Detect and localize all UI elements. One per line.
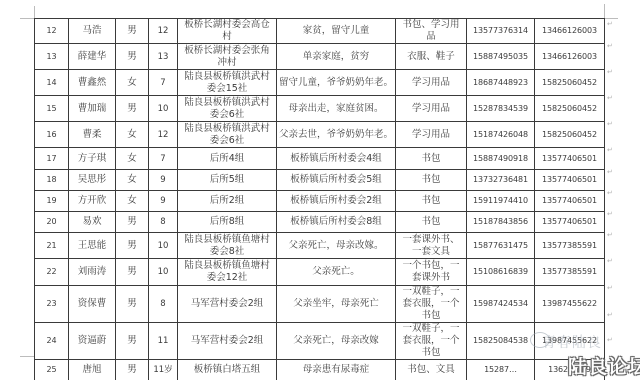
row-number-cell: 22	[35, 259, 69, 286]
reason-cell: 板桥镇后所村委会2组	[277, 191, 396, 212]
gender-cell: 男	[116, 360, 149, 380]
name-cell: 曹加瑞	[69, 96, 116, 122]
name-cell: 王思能	[69, 233, 116, 259]
row-end-mark: ↵	[607, 94, 613, 102]
row-end-mark: ↵	[607, 168, 613, 176]
gender-cell: 男	[116, 323, 149, 360]
wish-cell: 书包、学习用品	[396, 19, 467, 44]
page-corner-mark-top-left-h	[20, 18, 34, 19]
reason-cell: 父亲坐牢，母亲死亡	[277, 286, 396, 323]
age-cell: 8	[149, 212, 178, 233]
name-cell: 易欢	[69, 212, 116, 233]
table-row: 19方开欣女9后所2组板桥镇后所村委会2组书包15911974410135774…	[35, 191, 605, 212]
wish-cell: 衣服、鞋子	[396, 44, 467, 70]
reason-cell: 父亲死亡。	[277, 259, 396, 286]
reason-cell: 板桥镇后所村委会8组	[277, 212, 396, 233]
wish-cell: 学习用品	[396, 70, 467, 96]
address-cell: 后所5组	[178, 170, 277, 191]
reason-cell: 留守儿童，爷爷奶奶年老。	[277, 70, 396, 96]
phone1-cell: 18687448923	[467, 70, 535, 96]
address-cell: 后所4组	[178, 148, 277, 170]
row-number-cell: 20	[35, 212, 69, 233]
address-cell: 板桥长湖村委会张角冲村	[178, 44, 277, 70]
phone1-cell: 15287…	[467, 360, 535, 380]
wish-cell: 一双鞋子，一套衣服，一个书包	[396, 323, 467, 360]
phone1-cell: 13577376314	[467, 19, 535, 44]
name-cell: 唐旭	[69, 360, 116, 380]
table-row: 25唐旭男11岁板桥镇白塔五组母亲患有尿毒症书包、文具15287…1362…39…	[35, 360, 605, 380]
address-cell: 马军营村委会2组	[178, 286, 277, 323]
phone2-cell: 13577406501	[535, 170, 605, 191]
name-cell: 曹鑫然	[69, 70, 116, 96]
age-cell: 7	[149, 148, 178, 170]
gender-cell: 女	[116, 122, 149, 148]
wish-cell: 学习用品	[396, 96, 467, 122]
row-end-mark: ↵	[607, 120, 613, 128]
reason-cell: 板桥镇后所村委会5组	[277, 170, 396, 191]
address-cell: 马军营村委会2组	[178, 323, 277, 360]
phone2-cell: 13577406501	[535, 191, 605, 212]
phone1-cell: 13732736481	[467, 170, 535, 191]
watermark-top-text: 青春陆良	[542, 332, 602, 352]
row-end-mark: ↵	[607, 311, 613, 319]
phone2-cell: 15825060452	[535, 96, 605, 122]
reason-cell: 父亲去世，爷爷奶奶年老。	[277, 122, 396, 148]
children-info-table: 12马浩男12板桥长湖村委会高仓村家贫，留守儿童书包、学习用品135773763…	[34, 18, 605, 380]
row-number-cell: 17	[35, 148, 69, 170]
row-number-cell: 13	[35, 44, 69, 70]
row-number-cell: 21	[35, 233, 69, 259]
reason-cell: 父亲死亡，母亲改嫁。	[277, 233, 396, 259]
table-row: 18吴思彤女9后所5组板桥镇后所村委会5组书包13732736481135774…	[35, 170, 605, 191]
wish-cell: 一套课外书、一套文具	[396, 233, 467, 259]
phone2-cell: 13577385591	[535, 259, 605, 286]
phone2-cell: 15825060452	[535, 70, 605, 96]
phone2-cell: 13466126003	[535, 19, 605, 44]
address-cell: 后所2组	[178, 191, 277, 212]
gender-cell: 女	[116, 148, 149, 170]
phone1-cell: 15108616839	[467, 259, 535, 286]
address-cell: 陆良县板桥镇洪武村委会6社	[178, 96, 277, 122]
row-number-cell: 23	[35, 286, 69, 323]
age-cell: 10	[149, 259, 178, 286]
age-cell: 12	[149, 122, 178, 148]
row-number-cell: 24	[35, 323, 69, 360]
gender-cell: 男	[116, 212, 149, 233]
gender-cell: 男	[116, 286, 149, 323]
address-cell: 陆良县板桥镇洪武村委会6社	[178, 122, 277, 148]
table-row: 14曹鑫然女7陆良县板桥镇洪武村委会15社留守儿童，爷爷奶奶年老。学习用品186…	[35, 70, 605, 96]
row-number-cell: 15	[35, 96, 69, 122]
phone1-cell: 15187426048	[467, 122, 535, 148]
address-cell: 陆良县板桥镇鱼塘村委会8社	[178, 233, 277, 259]
age-cell: 13	[149, 44, 178, 70]
phone1-cell: 15987424534	[467, 286, 535, 323]
phone1-cell: 15887495035	[467, 44, 535, 70]
table-row: 21王思能男10陆良县板桥镇鱼塘村委会8社父亲死亡，母亲改嫁。一套课外书、一套文…	[35, 233, 605, 259]
table-row: 17方子琪女7后所4组板桥镇后所村委会4组书包15887490918135774…	[35, 148, 605, 170]
phone1-cell: 15187843856	[467, 212, 535, 233]
reason-cell: 板桥镇后所村委会4组	[277, 148, 396, 170]
table-row: 24资逼蔚男11马军营村委会2组父亲死亡，母亲改嫁一双鞋子，一套衣服，一个书包1…	[35, 323, 605, 360]
phone1-cell: 15825084538	[467, 323, 535, 360]
phone1-cell: 15877631475	[467, 233, 535, 259]
age-cell: 10	[149, 233, 178, 259]
page-corner-mark-top-right	[604, 4, 605, 18]
phone1-cell: 15911974410	[467, 191, 535, 212]
table-row: 22刘雨涛男10陆良县板桥镇鱼塘村委会12社父亲死亡。一个书包，一套课外书151…	[35, 259, 605, 286]
name-cell: 薛建华	[69, 44, 116, 70]
address-cell: 板桥镇白塔五组	[178, 360, 277, 380]
age-cell: 11	[149, 323, 178, 360]
phone2-cell: 13577406501	[535, 148, 605, 170]
gender-cell: 女	[116, 70, 149, 96]
row-end-mark: ↵	[607, 20, 613, 28]
table-row: 16曹柔女12陆良县板桥镇洪武村委会6社父亲去世，爷爷奶奶年老。学习用品1518…	[35, 122, 605, 148]
gender-cell: 男	[116, 19, 149, 44]
row-end-mark: ↵	[607, 284, 613, 292]
name-cell: 资逼蔚	[69, 323, 116, 360]
watermark: 青春陆良 陆良论坛	[542, 332, 640, 380]
address-cell: 陆良县板桥镇鱼塘村委会12社	[178, 259, 277, 286]
wish-cell: 学习用品	[396, 122, 467, 148]
watermark-bottom-text: 陆良论坛	[568, 352, 640, 379]
row-number-cell: 18	[35, 170, 69, 191]
row-end-mark: ↵	[607, 210, 613, 218]
gender-cell: 男	[116, 96, 149, 122]
gender-cell: 男	[116, 259, 149, 286]
gender-cell: 女	[116, 170, 149, 191]
row-end-mark: ↵	[607, 146, 613, 154]
phone2-cell: 13466126003	[535, 44, 605, 70]
name-cell: 方子琪	[69, 148, 116, 170]
reason-cell: 母亲出走，家庭贫困。	[277, 96, 396, 122]
reason-cell: 单亲家庭，贫穷	[277, 44, 396, 70]
wish-cell: 一双鞋子，一套衣服，一个书包	[396, 286, 467, 323]
table-row: 20易欢男8后所8组板桥镇后所村委会8组书包151878438561357740…	[35, 212, 605, 233]
address-cell: 板桥长湖村委会高仓村	[178, 19, 277, 44]
phone1-cell: 15887490918	[467, 148, 535, 170]
age-cell: 9	[149, 170, 178, 191]
page-corner-mark-bottom-left-h	[20, 356, 34, 357]
gender-cell: 女	[116, 191, 149, 212]
address-cell: 后所8组	[178, 212, 277, 233]
row-number-cell: 12	[35, 19, 69, 44]
row-number-cell: 19	[35, 191, 69, 212]
name-cell: 方开欣	[69, 191, 116, 212]
reason-cell: 家贫，留守儿童	[277, 19, 396, 44]
row-number-cell: 14	[35, 70, 69, 96]
table-row: 15曹加瑞男10陆良县板桥镇洪武村委会6社母亲出走，家庭贫困。学习用品15287…	[35, 96, 605, 122]
wish-cell: 书包	[396, 170, 467, 191]
name-cell: 刘雨涛	[69, 259, 116, 286]
page-corner-mark-top-left	[34, 6, 35, 18]
age-cell: 11岁	[149, 360, 178, 380]
gender-cell: 男	[116, 44, 149, 70]
address-cell: 陆良县板桥镇洪武村委会15社	[178, 70, 277, 96]
name-cell: 曹柔	[69, 122, 116, 148]
row-end-mark: ↵	[607, 68, 613, 76]
row-end-mark: ↵	[607, 231, 613, 239]
wish-cell: 书包、文具	[396, 360, 467, 380]
age-cell: 9	[149, 191, 178, 212]
name-cell: 马浩	[69, 19, 116, 44]
row-number-cell: 16	[35, 122, 69, 148]
reason-cell: 母亲患有尿毒症	[277, 360, 396, 380]
table-row: 13薛建华男13板桥长湖村委会张角冲村单亲家庭，贫穷衣服、鞋子158874950…	[35, 44, 605, 70]
phone2-cell: 15825060452	[535, 122, 605, 148]
name-cell: 资保曹	[69, 286, 116, 323]
row-number-cell: 25	[35, 360, 69, 380]
age-cell: 7	[149, 70, 178, 96]
table-row: 23资保曹男8马军营村委会2组父亲坐牢，母亲死亡一双鞋子，一套衣服，一个书包15…	[35, 286, 605, 323]
row-end-mark: ↵	[607, 42, 613, 50]
phone1-cell: 15287834539	[467, 96, 535, 122]
phone2-cell: 13577406501	[535, 212, 605, 233]
phone2-cell: 13987455622	[535, 286, 605, 323]
wish-cell: 书包	[396, 212, 467, 233]
age-cell: 12	[149, 19, 178, 44]
gender-cell: 男	[116, 233, 149, 259]
name-cell: 吴思彤	[69, 170, 116, 191]
page-corner-mark-top-right-h	[604, 18, 618, 19]
phone2-cell: 13577385591	[535, 233, 605, 259]
age-cell: 10	[149, 96, 178, 122]
wish-cell: 书包	[396, 191, 467, 212]
row-end-mark: ↵	[607, 257, 613, 265]
wish-cell: 书包	[396, 148, 467, 170]
row-end-mark: ↵	[607, 189, 613, 197]
age-cell: 8	[149, 286, 178, 323]
reason-cell: 父亲死亡，母亲改嫁	[277, 323, 396, 360]
wish-cell: 一个书包，一套课外书	[396, 259, 467, 286]
table-row: 12马浩男12板桥长湖村委会高仓村家贫，留守儿童书包、学习用品135773763…	[35, 19, 605, 44]
